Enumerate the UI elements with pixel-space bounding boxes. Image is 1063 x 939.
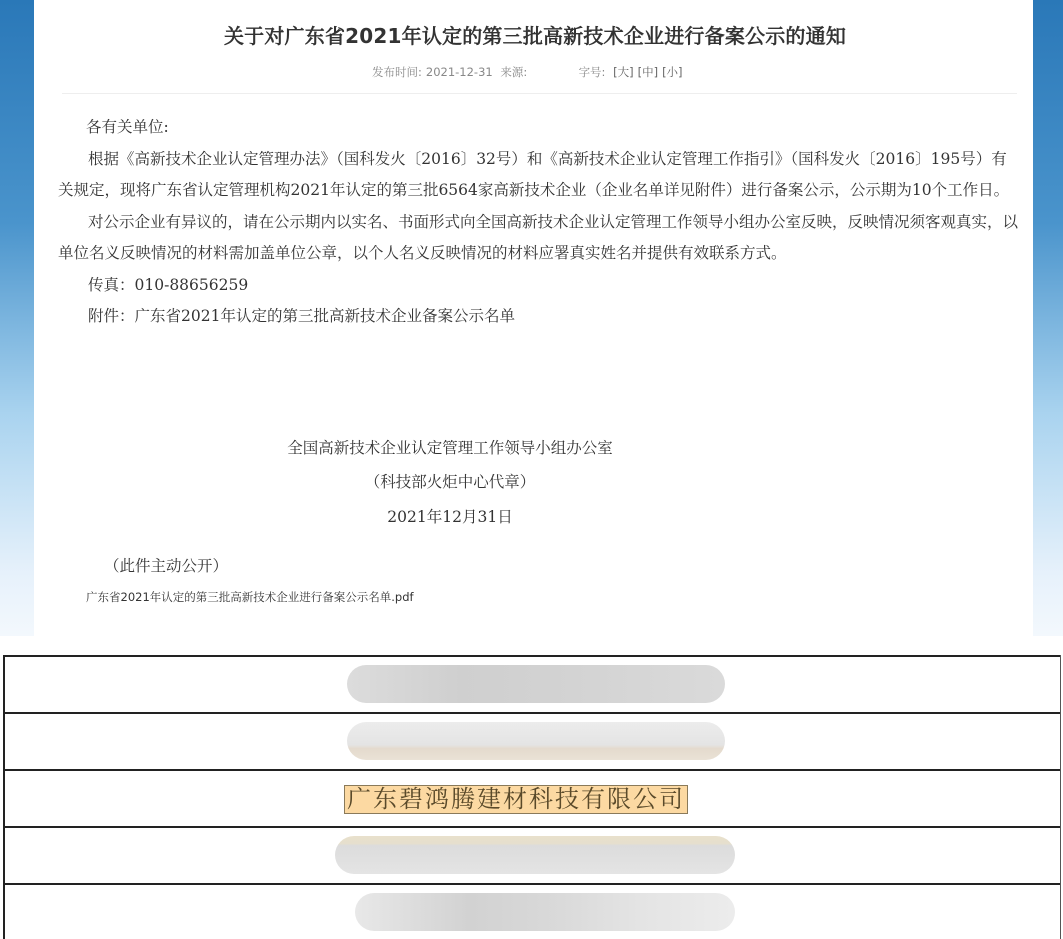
salutation: 各有关单位: bbox=[58, 112, 1020, 144]
signature-office: 全国高新技术企业认定管理工作领导小组办公室 bbox=[200, 436, 700, 458]
font-size-large-button[interactable]: [大] bbox=[613, 65, 633, 79]
font-size-label: 字号: bbox=[579, 65, 606, 79]
fax-line: 传真：010-88656259 bbox=[58, 270, 1020, 302]
blurred-company-name bbox=[347, 665, 725, 703]
notice-page: 关于对广东省2021年认定的第三批高新技术企业进行备案公示的通知 发布时间:20… bbox=[0, 0, 1063, 636]
blurred-company-name bbox=[347, 722, 725, 760]
signature-date: 2021年12月31日 bbox=[200, 505, 700, 527]
table-row bbox=[5, 712, 1060, 769]
publish-label: 发布时间: bbox=[372, 65, 422, 79]
font-size-medium-button[interactable]: [中] bbox=[638, 65, 658, 79]
table-row bbox=[5, 655, 1060, 712]
signature-seal: （科技部火炬中心代章） bbox=[200, 470, 700, 492]
highlighted-company-name: 广东碧鸿腾建材科技有限公司 bbox=[344, 785, 688, 814]
right-decorative-bar bbox=[1033, 0, 1063, 636]
attachment-line: 附件：广东省2021年认定的第三批高新技术企业备案公示名单 bbox=[58, 301, 1020, 333]
disclosure-note: （此件主动公开） bbox=[104, 554, 228, 576]
paragraph-objection: 对公示企业有异议的，请在公示期内以实名、书面形式向全国高新技术企业认定管理工作领… bbox=[58, 207, 1020, 270]
table-row bbox=[5, 883, 1060, 939]
left-decorative-bar bbox=[0, 0, 34, 636]
source-label: 来源: bbox=[500, 65, 527, 79]
table-row: 广东碧鸿腾建材科技有限公司 bbox=[5, 769, 1060, 826]
font-size-small-button[interactable]: [小] bbox=[662, 65, 682, 79]
publish-date: 2021-12-31 bbox=[426, 65, 493, 79]
notice-title: 关于对广东省2021年认定的第三批高新技术企业进行备案公示的通知 bbox=[60, 20, 1010, 49]
paragraph-basis: 根据《高新技术企业认定管理办法》（国科发火〔2016〕32号）和《高新技术企业认… bbox=[58, 144, 1020, 207]
company-list-table: 广东碧鸿腾建材科技有限公司 bbox=[3, 655, 1061, 939]
blurred-company-name bbox=[335, 836, 735, 874]
table-row bbox=[5, 826, 1060, 883]
notice-body: 各有关单位: 根据《高新技术企业认定管理办法》（国科发火〔2016〕32号）和《… bbox=[58, 112, 1020, 333]
attachment-file-link[interactable]: 广东省2021年认定的第三批高新技术企业进行备案公示名单.pdf bbox=[86, 589, 414, 605]
header-divider bbox=[62, 93, 1017, 94]
notice-meta: 发布时间:2021-12-31 来源: 字号: [大][中][小] bbox=[372, 64, 687, 80]
blurred-company-name bbox=[355, 893, 735, 931]
